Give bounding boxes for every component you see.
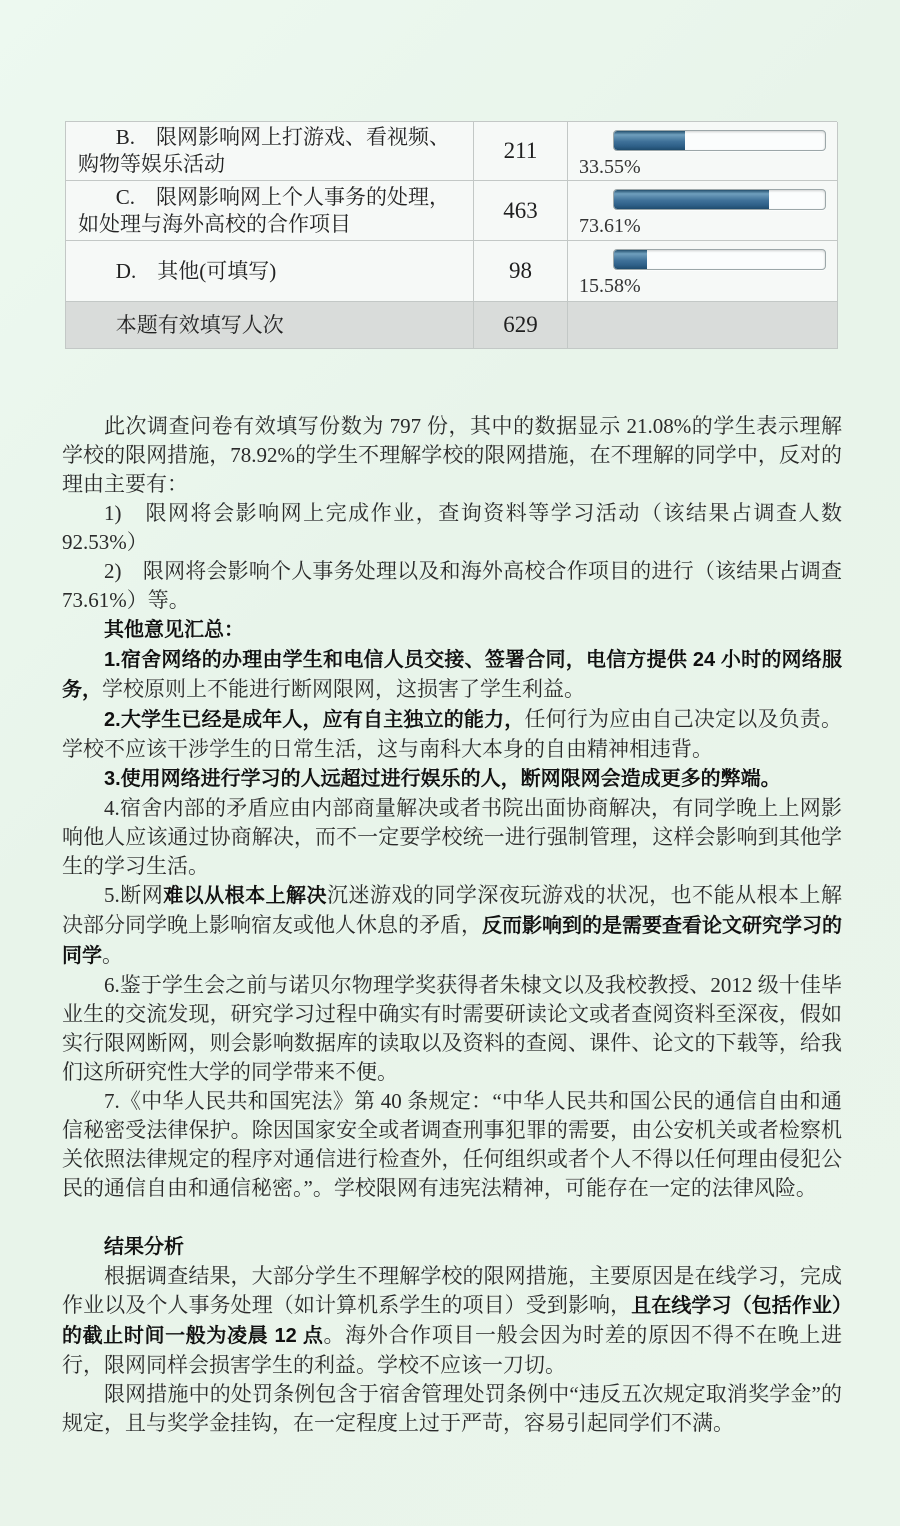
option-label: D. 其他(可填写) (66, 254, 288, 289)
option-cell: C. 限网影响网上个人事务的处理，如处理与海外高校的合作项目 (66, 181, 474, 241)
table-row: B. 限网影响网上打游戏、看视频、购物等娱乐活动 211 33.55% (66, 122, 837, 181)
analysis-text: 此次调查问卷有效填写份数为 797 份，其中的数据显示 21.08%的学生表示理… (62, 412, 842, 1438)
text-run: 。 (102, 943, 123, 967)
paragraph: 2.大学生已经是成年人，应有自主独立的能力，任何行为应由自己决定以及负责。学校不… (62, 705, 842, 764)
paragraph: 3.使用网络进行学习的人远超过进行娱乐的人，断网限网会造成更多的弊端。 (62, 764, 842, 794)
text-run: 4.宿舍内部的矛盾应由内部商量解决或者书院出面协商解决，有同学晚上上网影响他人应… (62, 796, 842, 878)
text-run: 此次调查问卷有效填写份数为 797 份，其中的数据显示 21.08%的学生表示理… (62, 414, 842, 496)
paragraph: 2) 限网将会影响个人事务处理以及和海外高校合作项目的进行（该结果占调查 73.… (62, 557, 842, 615)
footer-empty-cell (568, 302, 838, 349)
paragraph: 5.断网难以从根本上解决沉迷游戏的同学深夜玩游戏的状况，也不能从根本上解决部分同… (62, 881, 842, 971)
progress-bar-track (613, 249, 826, 270)
paragraph-spacer (62, 1203, 842, 1232)
text-run: 7.《中华人民共和国宪法》第 40 条规定：“中华人民共和国公民的通信自由和通信… (62, 1089, 842, 1200)
count-cell: 463 (474, 181, 568, 241)
bold-text-run: 3.使用网络进行学习的人远超过进行娱乐的人，断网限网会造成更多的弊端。 (104, 768, 781, 790)
paragraph: 结果分析 (62, 1232, 842, 1262)
percent-label: 15.58% (579, 275, 641, 298)
count-cell: 98 (474, 241, 568, 302)
paragraph: 限网措施中的处罚条例包含于宿舍管理处罚条例中“违反五次规定取消奖学金”的规定，且… (62, 1380, 842, 1438)
text-run: 2) 限网将会影响个人事务处理以及和海外高校合作项目的进行（该结果占调查 73.… (62, 559, 842, 612)
ratio-cell: 73.61% (568, 181, 838, 241)
bold-text-run: 其他意见汇总： (104, 619, 244, 641)
option-cell: D. 其他(可填写) (66, 241, 474, 302)
text-run: 1) 限网将会影响网上完成作业，查询资料等学习活动（该结果占调查人数 92.53… (62, 501, 842, 554)
progress-bar-track (613, 189, 826, 210)
text-run: 6.鉴于学生会之前与诺贝尔物理学奖获得者朱棣文以及我校教授、2012 级十佳毕业… (62, 973, 842, 1084)
paragraph: 4.宿舍内部的矛盾应由内部商量解决或者书院出面协商解决，有同学晚上上网影响他人应… (62, 794, 842, 881)
count-value: 211 (504, 138, 538, 164)
paragraph: 根据调查结果，大部分学生不理解学校的限网措施，主要原因是在线学习，完成作业以及个… (62, 1262, 842, 1380)
ratio-cell: 15.58% (568, 241, 838, 302)
footer-label: 本题有效填写人次 (66, 308, 296, 343)
bold-text-run: 难以从根本上解决 (163, 885, 327, 907)
footer-count-value: 629 (503, 312, 538, 338)
text-run: 学校原则上不能进行断网限网，这损害了学生利益。 (102, 677, 585, 701)
count-value: 98 (509, 258, 532, 284)
paragraph: 此次调查问卷有效填写份数为 797 份，其中的数据显示 21.08%的学生表示理… (62, 412, 842, 499)
bold-text-run: 2.大学生已经是成年人，应有自主独立的能力， (104, 709, 524, 731)
option-cell: B. 限网影响网上打游戏、看视频、购物等娱乐活动 (66, 122, 474, 181)
progress-bar-fill (614, 190, 769, 209)
paragraph: 7.《中华人民共和国宪法》第 40 条规定：“中华人民共和国公民的通信自由和通信… (62, 1087, 842, 1203)
option-label: C. 限网影响网上个人事务的处理，如处理与海外高校的合作项目 (66, 180, 473, 242)
text-run: 5.断网 (104, 883, 163, 907)
table-footer-row: 本题有效填写人次 629 (66, 302, 837, 349)
paragraph: 1) 限网将会影响网上完成作业，查询资料等学习活动（该结果占调查人数 92.53… (62, 499, 842, 557)
option-label: B. 限网影响网上打游戏、看视频、购物等娱乐活动 (66, 120, 473, 182)
count-value: 463 (503, 198, 538, 224)
footer-label-cell: 本题有效填写人次 (66, 302, 474, 349)
paragraph: 其他意见汇总： (62, 615, 842, 645)
text-run: 限网措施中的处罚条例包含于宿舍管理处罚条例中“违反五次规定取消奖学金”的规定，且… (62, 1382, 842, 1435)
footer-count-cell: 629 (474, 302, 568, 349)
page-root: B. 限网影响网上打游戏、看视频、购物等娱乐活动 211 33.55% C. 限… (0, 0, 900, 1526)
survey-results-table: B. 限网影响网上打游戏、看视频、购物等娱乐活动 211 33.55% C. 限… (65, 121, 837, 349)
count-cell: 211 (474, 122, 568, 181)
table-row: C. 限网影响网上个人事务的处理，如处理与海外高校的合作项目 463 73.61… (66, 181, 837, 241)
progress-bar-fill (614, 131, 685, 150)
percent-label: 73.61% (579, 215, 641, 238)
paragraph: 1.宿舍网络的办理由学生和电信人员交接、签署合同，电信方提供 24 小时的网络服… (62, 645, 842, 705)
table-row: D. 其他(可填写) 98 15.58% (66, 241, 837, 302)
progress-bar-track (613, 130, 826, 151)
paragraph: 6.鉴于学生会之前与诺贝尔物理学奖获得者朱棣文以及我校教授、2012 级十佳毕业… (62, 971, 842, 1087)
percent-label: 33.55% (579, 156, 641, 179)
ratio-cell: 33.55% (568, 122, 838, 181)
progress-bar-fill (614, 250, 647, 269)
bold-text-run: 结果分析 (104, 1236, 184, 1258)
